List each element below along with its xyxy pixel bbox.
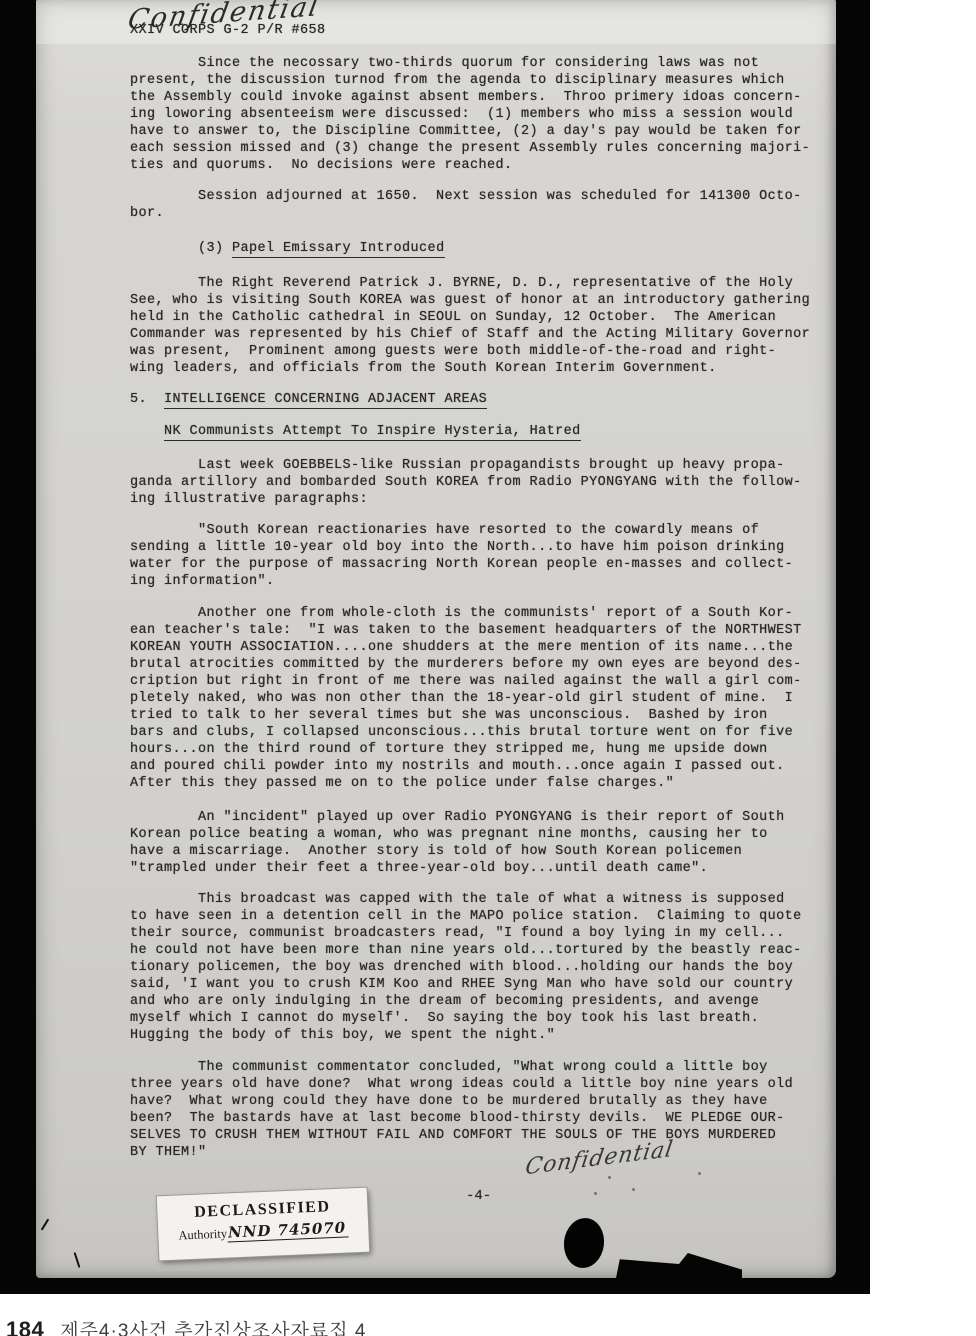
paper-sheet: Confidential XXIV CORPS G-2 P/R #658 Sin… bbox=[36, 0, 836, 1278]
paragraph: The Right Reverend Patrick J. BYRNE, D. … bbox=[130, 275, 836, 377]
paper-speck bbox=[594, 1192, 597, 1195]
footer-book-title: 제주4·3사건 추가진상조사자료집 4 bbox=[60, 1316, 366, 1336]
paragraph: This broadcast was capped with the tale … bbox=[130, 891, 836, 1044]
paragraph: Session adjourned at 1650. Next session … bbox=[130, 188, 836, 222]
heading-underlined-text: Papel Emissary Introduced bbox=[232, 241, 445, 258]
heading-prefix bbox=[130, 424, 164, 439]
page-number: -4- bbox=[466, 1188, 491, 1204]
book-page: Confidential XXIV CORPS G-2 P/R #658 Sin… bbox=[0, 0, 976, 1336]
paragraph: Last week GOEBBELS-like Russian propagan… bbox=[130, 457, 836, 508]
paper-speck bbox=[698, 1172, 701, 1175]
punch-hole-icon bbox=[561, 1216, 607, 1271]
declassified-stamp: DECLASSIFIED AuthorityNND 745070 bbox=[157, 1188, 369, 1261]
paragraph: Another one from whole-cloth is the comm… bbox=[130, 605, 836, 792]
paper-speck bbox=[632, 1188, 635, 1191]
footer-page-number: 184 bbox=[6, 1317, 44, 1336]
paper-tear-notch bbox=[616, 1252, 742, 1278]
pen-mark bbox=[74, 1252, 81, 1268]
heading-underlined-text: INTELLIGENCE CONCERNING ADJACENT AREAS bbox=[164, 392, 487, 409]
section-heading: 5. INTELLIGENCE CONCERNING ADJACENT AREA… bbox=[130, 391, 836, 408]
stamp-authority-label: Authority bbox=[178, 1227, 227, 1243]
heading-prefix: 5. bbox=[130, 392, 164, 407]
scanned-photo-background: Confidential XXIV CORPS G-2 P/R #658 Sin… bbox=[0, 0, 870, 1294]
paragraph: An "incident" played up over Radio PYONG… bbox=[130, 809, 836, 877]
paragraph: "South Korean reactionaries have resorte… bbox=[130, 522, 836, 590]
stamp-authority-value: NND 745070 bbox=[227, 1218, 349, 1242]
section-heading: (3) Papel Emissary Introduced bbox=[130, 240, 836, 257]
paragraph: Since the necossary two-thirds quorum fo… bbox=[130, 55, 836, 174]
heading-prefix: (3) bbox=[130, 241, 232, 256]
book-footer: 184 제주4·3사건 추가진상조사자료집 4 bbox=[6, 1316, 366, 1336]
paper-speck bbox=[608, 1176, 611, 1179]
heading-underlined-text: NK Communists Attempt To Inspire Hysteri… bbox=[164, 424, 581, 441]
paragraph: The communist commentator concluded, "Wh… bbox=[130, 1059, 836, 1161]
document-id: XXIV CORPS G-2 P/R #658 bbox=[130, 22, 836, 39]
document-text: XXIV CORPS G-2 P/R #658 Since the necoss… bbox=[130, 22, 836, 1161]
pen-mark bbox=[41, 1218, 50, 1230]
section-heading: NK Communists Attempt To Inspire Hysteri… bbox=[130, 423, 836, 440]
